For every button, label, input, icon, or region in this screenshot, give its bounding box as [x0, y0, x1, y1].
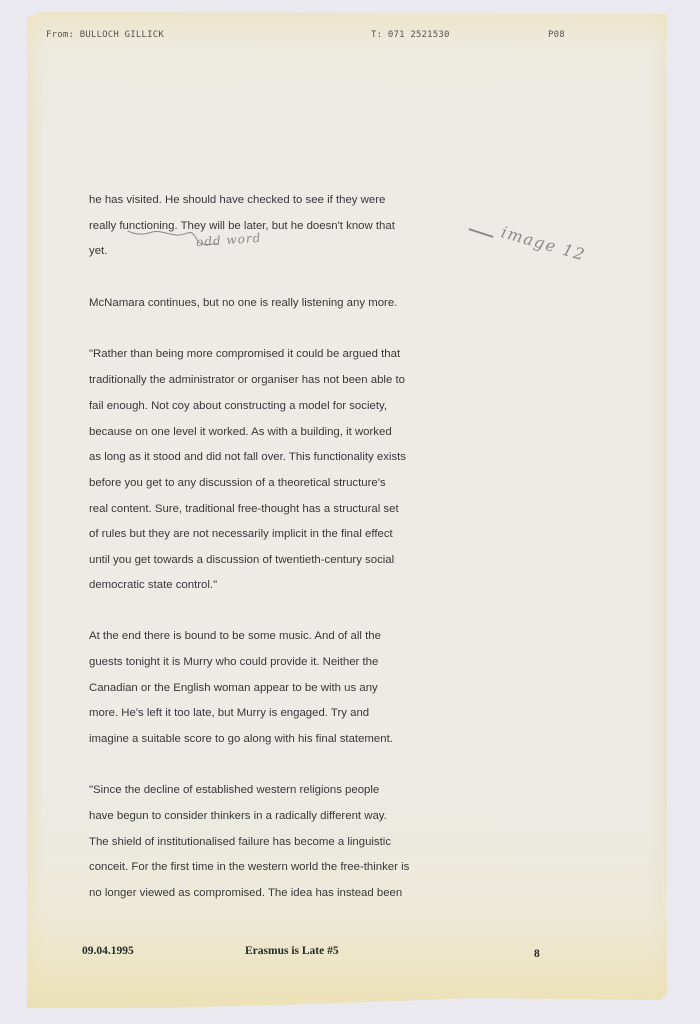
text-line: no longer viewed as compromised. The ide…: [89, 885, 402, 901]
text-line: before you get to any discussion of a th…: [89, 475, 386, 491]
text-line: of rules but they are not necessarily im…: [89, 526, 393, 542]
text-line: conceit. For the first time in the weste…: [89, 859, 409, 875]
fax-page-number: P08: [548, 30, 565, 40]
text-line: The shield of institutionalised failure …: [89, 834, 391, 850]
text-line: until you get towards a discussion of tw…: [89, 552, 394, 568]
text-line: have begun to consider thinkers in a rad…: [89, 808, 387, 824]
fax-sender: From: BULLOCH GILLICK: [46, 30, 164, 40]
text-line: as long as it stood and did not fall ove…: [89, 449, 406, 465]
text-line: imagine a suitable score to go along wit…: [89, 731, 393, 747]
text-line: real content. Sure, traditional free-tho…: [89, 501, 399, 517]
fax-telephone: T: 071 2521530: [371, 30, 450, 40]
text-line: more. He's left it too late, but Murry i…: [89, 705, 369, 721]
text-line: traditionally the administrator or organ…: [89, 372, 405, 388]
text-line: Canadian or the English woman appear to …: [89, 680, 378, 696]
text-line: "Since the decline of established wester…: [89, 782, 379, 798]
footer-page-number: 8: [534, 948, 540, 960]
text-line: yet.: [89, 243, 107, 259]
footer-date: 09.04.1995: [82, 945, 134, 957]
text-line: "Rather than being more compromised it c…: [89, 346, 400, 362]
text-line: fail enough. Not coy about constructing …: [89, 398, 387, 414]
fax-header: From: BULLOCH GILLICK T: 071 2521530 P08: [46, 30, 606, 44]
text-line: democratic state control.": [89, 577, 217, 593]
footer-title: Erasmus is Late #5: [245, 945, 339, 957]
text-line: McNamara continues, but no one is really…: [89, 295, 397, 311]
text-line: because on one level it worked. As with …: [89, 424, 392, 440]
text-line: At the end there is bound to be some mus…: [89, 628, 381, 644]
text-line: he has visited. He should have checked t…: [89, 192, 385, 208]
text-line: guests tonight it is Murry who could pro…: [89, 654, 378, 670]
